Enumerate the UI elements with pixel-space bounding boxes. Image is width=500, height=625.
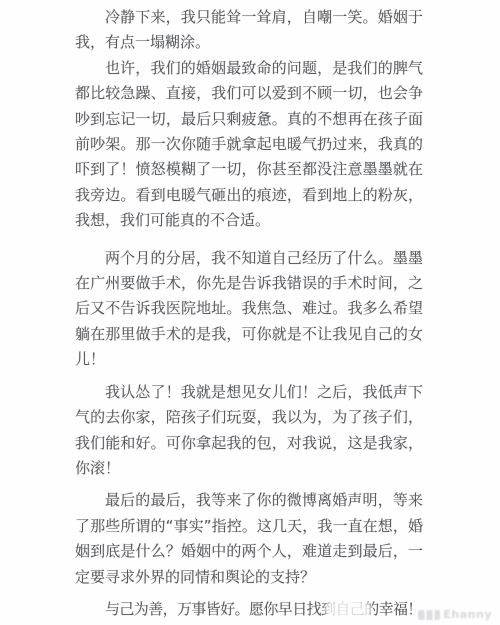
paragraph-3: 两个月的分居，我不知道自己经历了什么。墨墨在广州要做手术，你先是告诉我错误的手术… [75,246,423,373]
article-body: 冷静下来，我只能耸一耸肩，自嘲一笑。婚姻于我，有点一塌糊涂。 也许，我们的婚姻最… [75,5,423,622]
watermark-text: Ehanny [443,608,492,621]
paragraph-2: 也许，我们的婚姻最致命的问题，是我们的脾气都比较急躁、直接，我们可以爱到不顾一切… [75,56,423,234]
paragraph-4: 我认怂了！我就是想见女儿们！之后，我低声下气的去你家，陪孩子们玩耍，我以为，为了… [75,380,423,482]
paragraph-1: 冷静下来，我只能耸一耸肩，自嘲一笑。婚姻于我，有点一塌糊涂。 [75,5,423,56]
watermark: Ehanny [418,608,492,621]
paragraph-6-closing: 与己为善，万事皆好。愿你早日找到自己的幸福！ [75,597,423,622]
scanned-text-page: 冷静下来，我只能耸一耸肩，自嘲一笑。婚姻于我，有点一塌糊涂。 也许，我们的婚姻最… [0,0,500,625]
paragraph-5: 最后的最后，我等来了你的微博离婚声明，等来了那些所谓的“事实”指控。这几天，我一… [75,488,423,590]
